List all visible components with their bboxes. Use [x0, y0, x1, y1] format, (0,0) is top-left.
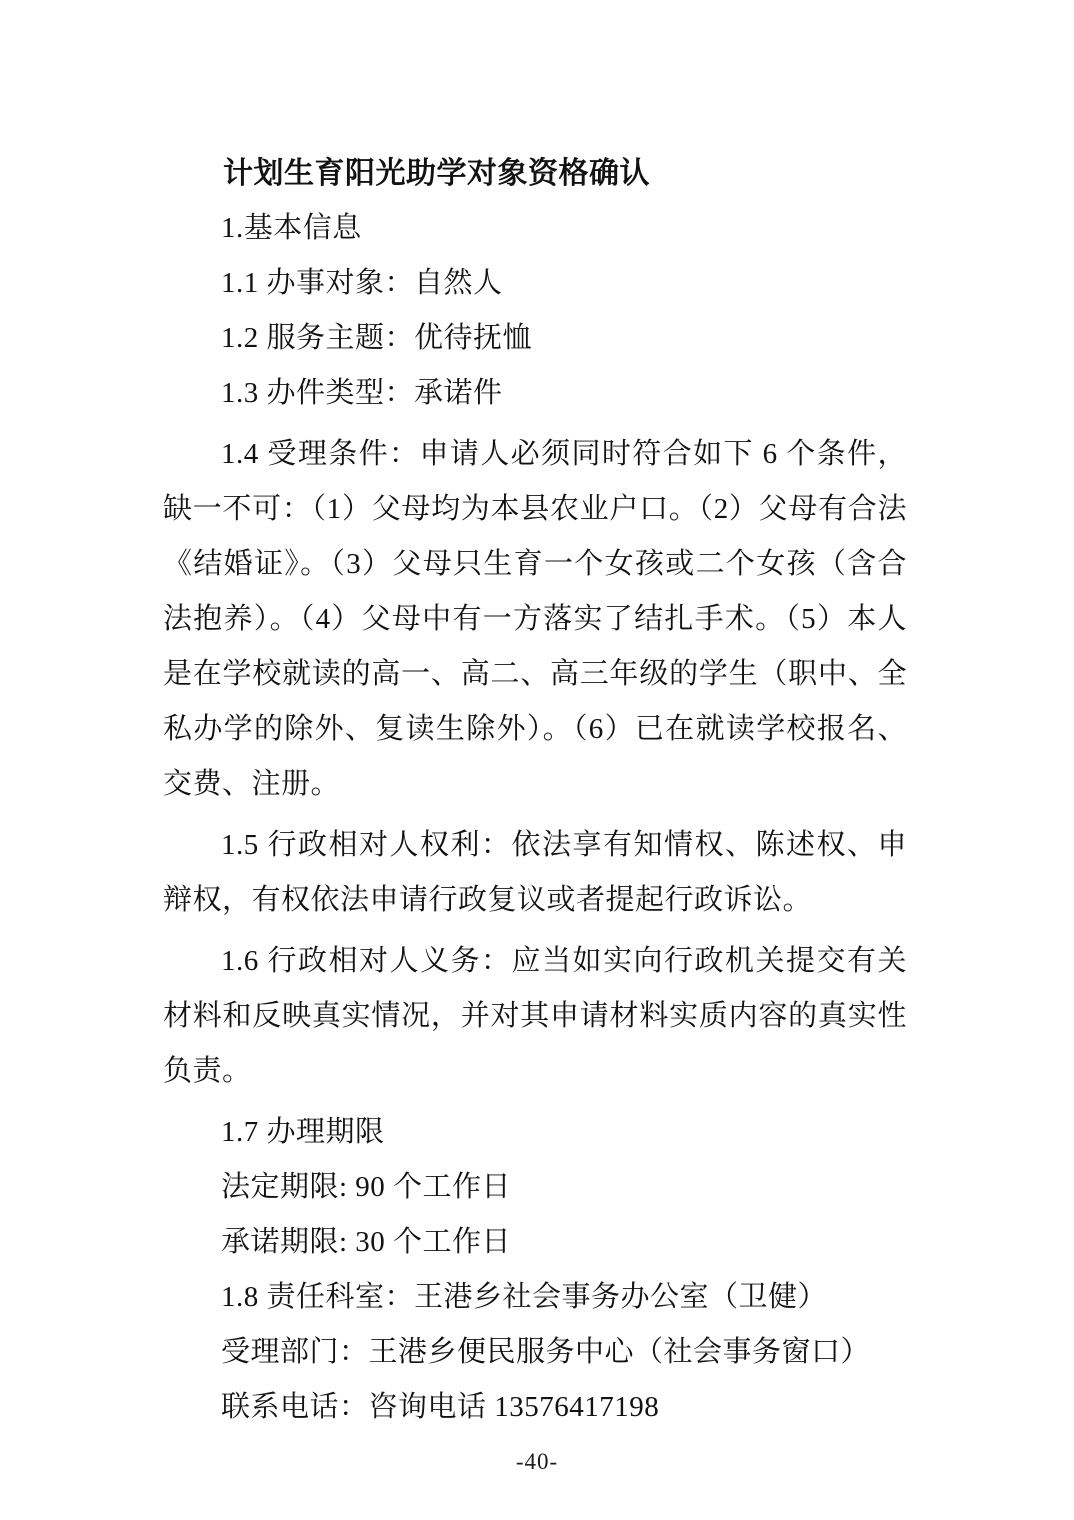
paragraph-processing-period-heading: 1.7 办理期限	[163, 1105, 907, 1160]
paragraph-case-type: 1.3 办件类型：承诺件	[163, 366, 907, 421]
document-body: 计划生育阳光助学对象资格确认 1.基本信息 1.1 办事对象：自然人 1.2 服…	[163, 146, 907, 1435]
paragraph-acceptance-conditions: 1.4 受理条件：申请人必须同时符合如下 6 个条件，缺一不可：（1）父母均为本…	[163, 427, 907, 812]
document-title: 计划生育阳光助学对象资格确认	[163, 146, 907, 201]
paragraph-counterpart-rights: 1.5 行政相对人权利：依法享有知情权、陈述权、申辩权，有权依法申请行政复议或者…	[163, 818, 907, 928]
paragraph-legal-deadline: 法定期限: 90 个工作日	[163, 1160, 907, 1215]
paragraph-promised-deadline: 承诺期限: 30 个工作日	[163, 1215, 907, 1270]
paragraph-service-theme: 1.2 服务主题：优待抚恤	[163, 311, 907, 366]
document-page: 计划生育阳光助学对象资格确认 1.基本信息 1.1 办事对象：自然人 1.2 服…	[0, 0, 1074, 1520]
paragraph-service-target: 1.1 办事对象：自然人	[163, 256, 907, 311]
paragraph-responsible-office: 1.8 责任科室：王港乡社会事务办公室（卫健）	[163, 1270, 907, 1325]
page-number: -40-	[0, 1448, 1074, 1476]
paragraph-accepting-department: 受理部门：王港乡便民服务中心（社会事务窗口）	[163, 1325, 907, 1380]
paragraph-contact-phone: 联系电话：咨询电话 13576417198	[163, 1380, 907, 1435]
paragraph-counterpart-obligations: 1.6 行政相对人义务：应当如实向行政机关提交有关材料和反映真实情况，并对其申请…	[163, 934, 907, 1099]
paragraph-basic-info-heading: 1.基本信息	[163, 201, 907, 256]
